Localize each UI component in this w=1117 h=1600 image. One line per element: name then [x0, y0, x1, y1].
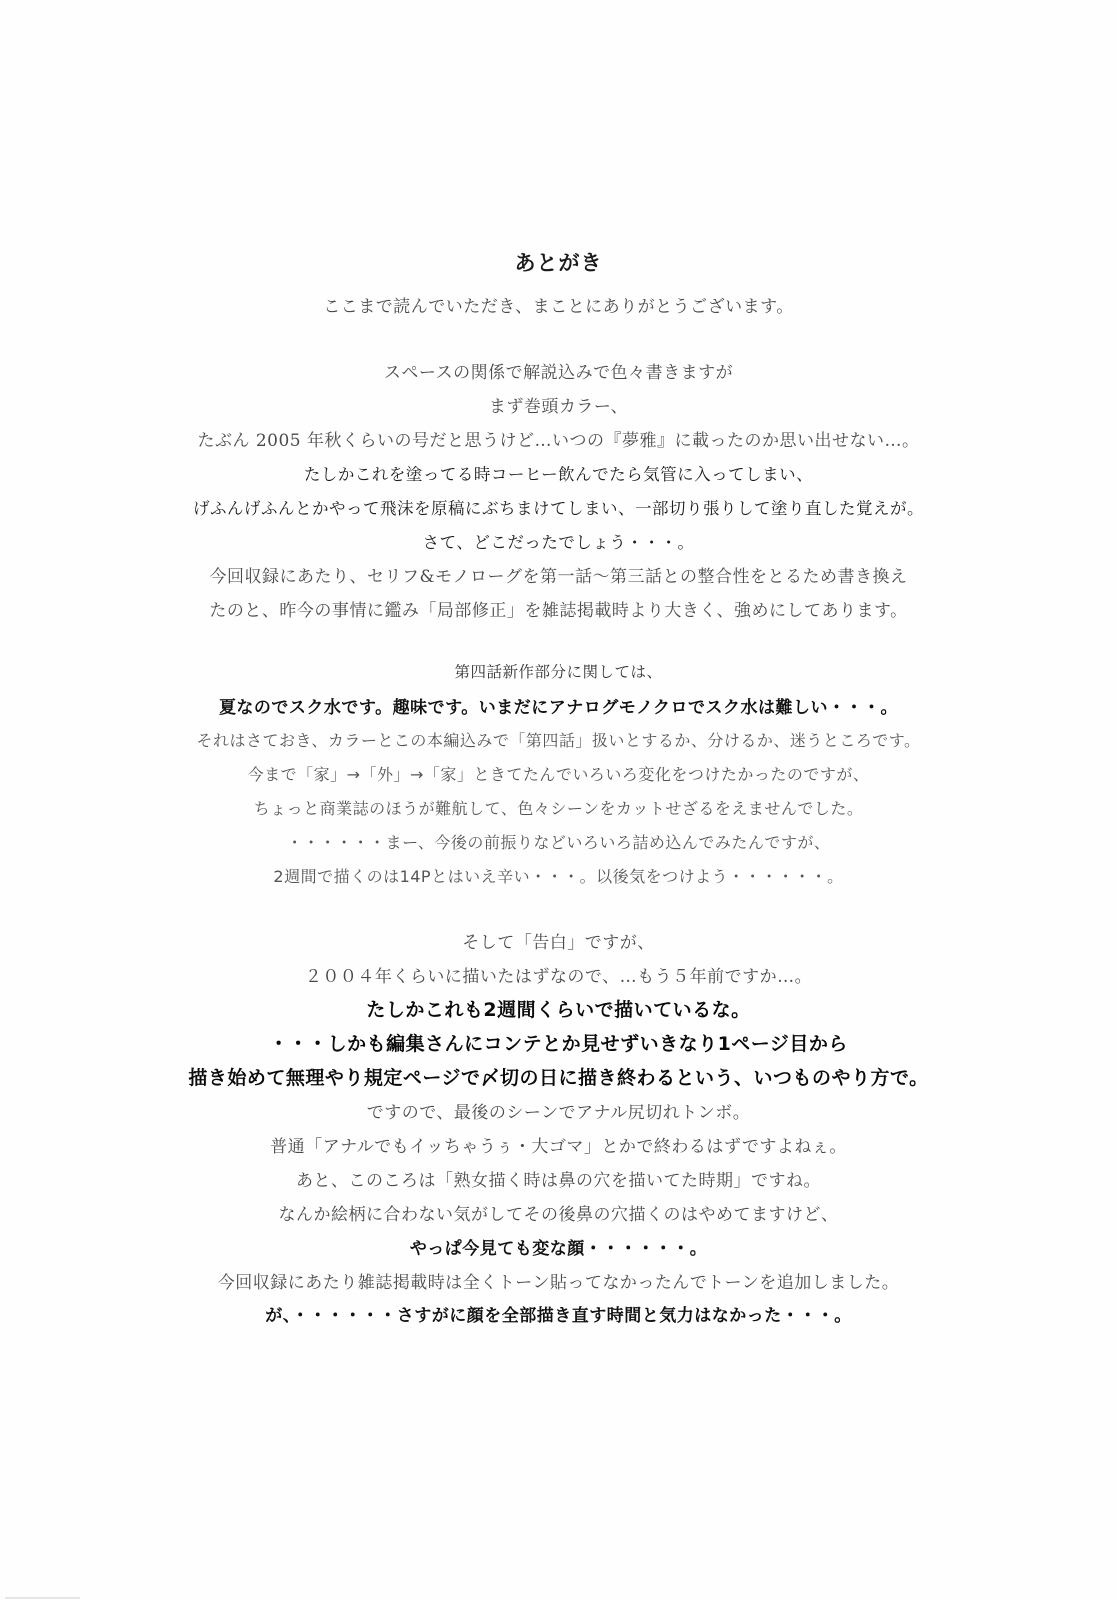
- text-line: やっぱ今見ても変な顔・・・・・・。: [0, 1234, 1117, 1259]
- text-line: なんか絵柄に合わない気がしてその後鼻の穴描くのはやめてますけど、: [0, 1200, 1117, 1225]
- page-edge-mark: [5, 1597, 80, 1599]
- text-line: たしかこれも2週間くらいで描いているな。: [0, 995, 1117, 1022]
- text-line: ですので、最後のシーンでアナル尻切れトンボ。: [0, 1098, 1117, 1123]
- text-line: 普通「アナルでもイッちゃうぅ・大ゴマ」とかで終わるはずですよねぇ。: [0, 1132, 1117, 1157]
- text-line: さて、どこだったでしょう・・・。: [0, 529, 1117, 553]
- text-line: そして「告白」ですが、: [0, 928, 1117, 953]
- page-title: あとがき: [0, 247, 1117, 277]
- text-line: げふんげふんとかやって飛沫を原稿にぶちまけてしまい、一部切り張りして塗り直した覚…: [0, 495, 1117, 519]
- text-line: まず巻頭カラー、: [0, 392, 1117, 417]
- text-line: たぶん 2005 年秋くらいの号だと思うけど…いつの『夢雅』に載ったのか思い出せ…: [0, 426, 1117, 451]
- text-line: たしかこれを塗ってる時コーヒー飲んでたら気管に入ってしまい、: [0, 461, 1117, 485]
- text-line: 夏なのでスク水です。趣味です。いまだにアナログモノクロでスク水は難しい・・・。: [0, 693, 1117, 718]
- text-line: ここまで読んでいただき、まことにありがとうございます。: [0, 292, 1117, 317]
- text-line: 今回収録にあたり、セリフ&モノローグを第一話～第三話との整合性をとるため書き換え: [0, 562, 1117, 587]
- text-line: たのと、昨今の事情に鑑み「局部修正」を雑誌掲載時より大きく、強めにしてあります。: [0, 596, 1117, 621]
- text-line: 今まで「家」→「外」→「家」ときてたんでいろいろ変化をつけたかったのですが、: [0, 762, 1117, 785]
- text-line: が、・・・・・・さすがに顔を全部描き直す時間と気力はなかった・・・。: [0, 1301, 1117, 1326]
- text-line: ・・・・・・まー、今後の前振りなどいろいろ詰め込んでみたんですが、: [0, 830, 1117, 853]
- text-line: 第四話新作部分に関しては、: [0, 660, 1117, 682]
- text-line: 今回収録にあたり雑誌掲載時は全くトーン貼ってなかったんでトーンを追加しました。: [0, 1268, 1117, 1293]
- text-line: スペースの関係で解説込みで色々書きますが: [0, 358, 1117, 383]
- text-line: 描き始めて無理やり規定ページで〆切の日に描き終わるという、いつものやり方で。: [0, 1063, 1117, 1090]
- afterword-page: あとがき ここまで読んでいただき、まことにありがとうございます。 スペースの関係…: [0, 0, 1117, 1600]
- text-line: ちょっと商業誌のほうが難航して、色々シーンをカットせざるをえませんでした。: [0, 796, 1117, 819]
- text-line: ・・・しかも編集さんにコンテとか見せずいきなり1ページ目から: [0, 1029, 1117, 1056]
- text-line: それはさておき、カラーとこの本編込みで「第四話」扱いとするか、分けるか、迷うとこ…: [0, 728, 1117, 751]
- text-line: 2週間で描くのは14Pとはいえ辛い・・・。以後気をつけよう・・・・・・。: [0, 864, 1117, 887]
- text-line: あと、このころは「熟女描く時は鼻の穴を描いてた時期」ですね。: [0, 1166, 1117, 1191]
- text-line: ２００４年くらいに描いたはずなので、…もう５年前ですか…。: [0, 962, 1117, 987]
